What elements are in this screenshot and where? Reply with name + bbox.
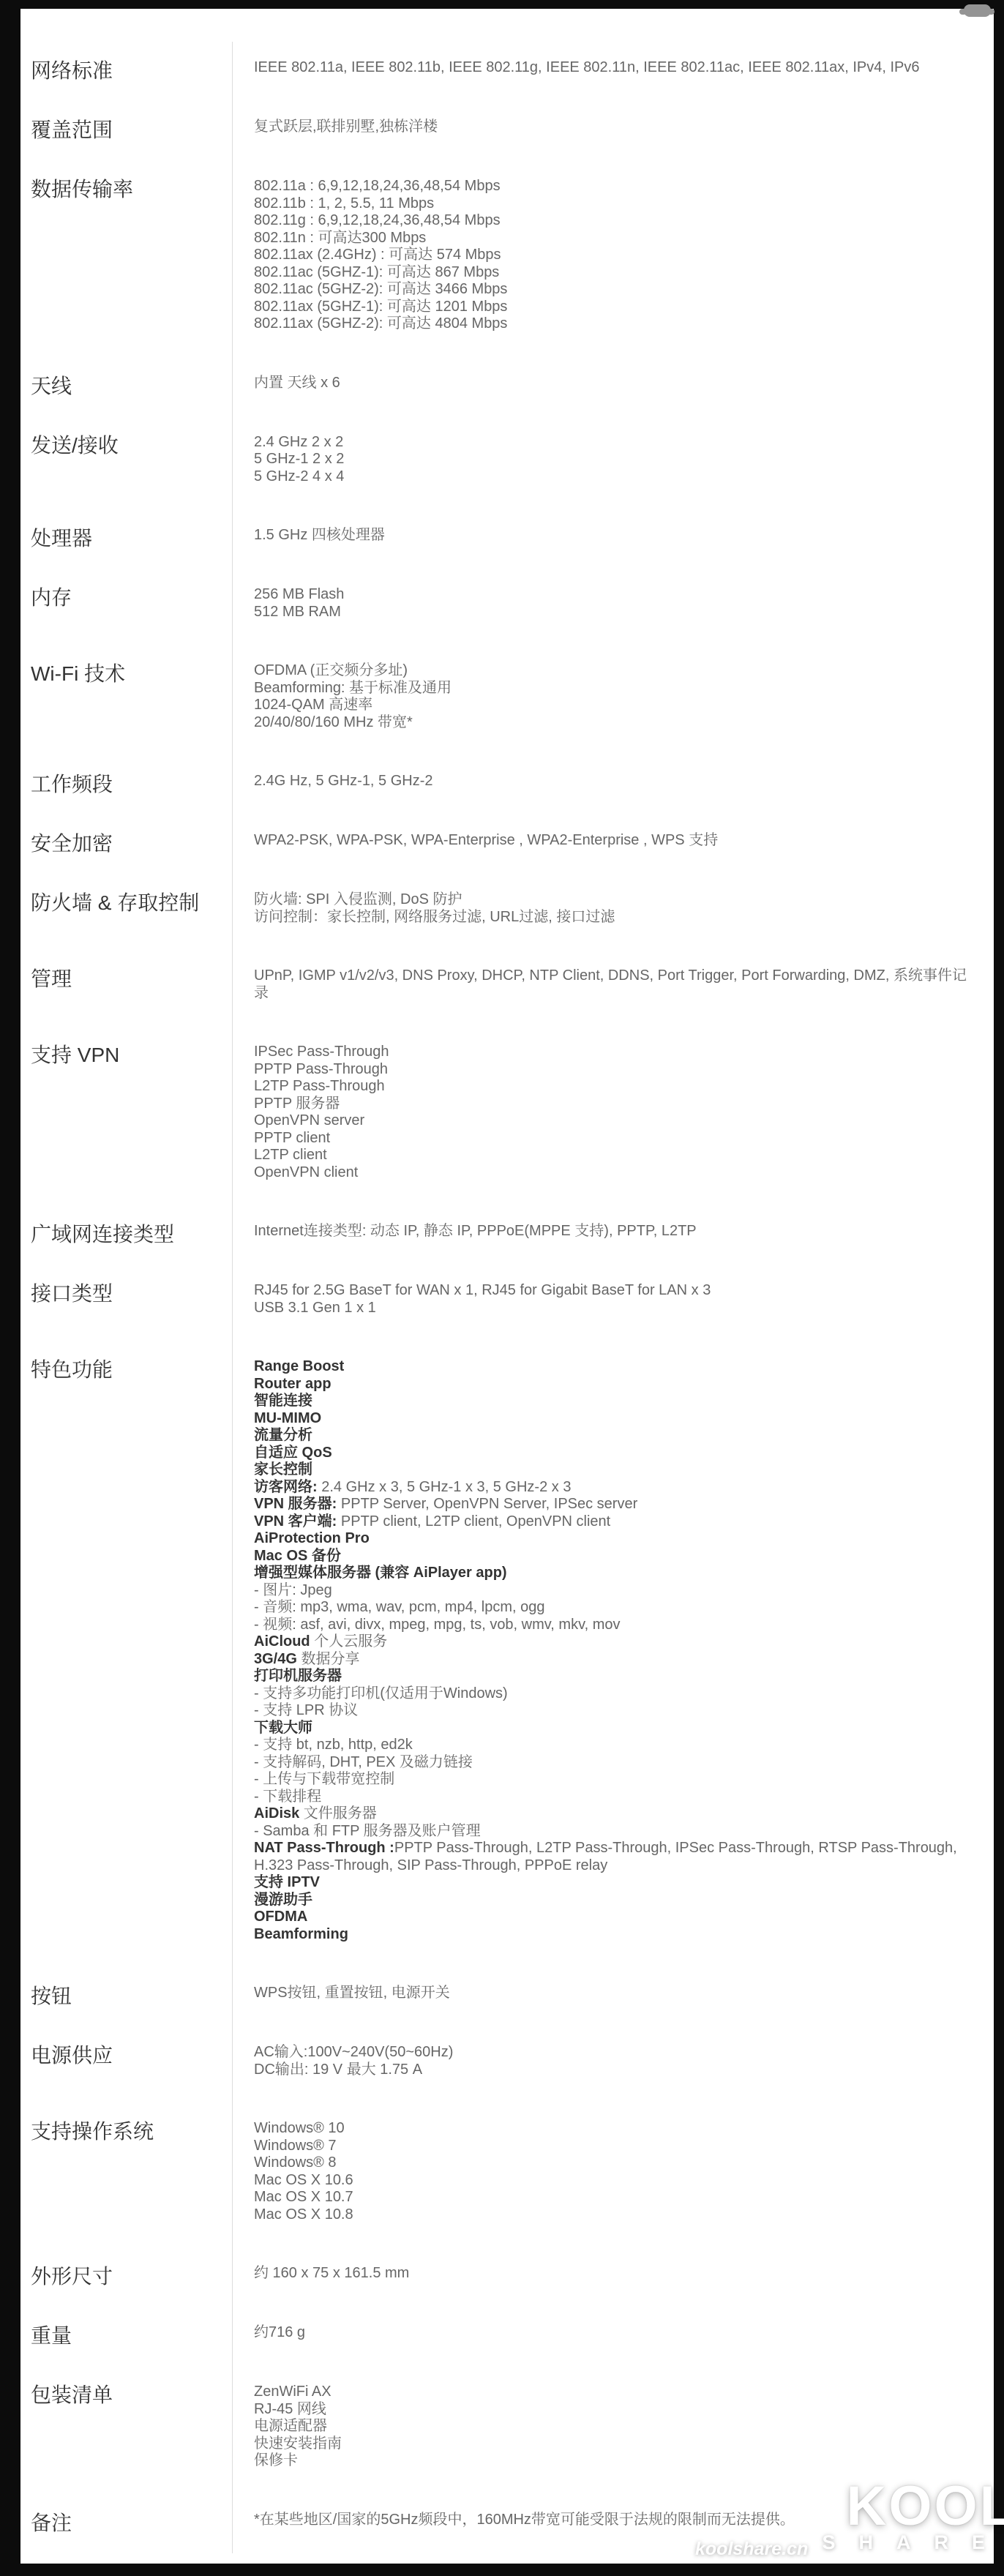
spec-label: 备注 bbox=[20, 2494, 232, 2553]
spec-label: Wi-Fi 技术 bbox=[20, 645, 232, 755]
spec-value-line: VPN 客户端: PPTP client, L2TP client, OpenV… bbox=[254, 1513, 972, 1531]
spec-value-line: 1024-QAM 高速率 bbox=[254, 697, 972, 714]
spec-value-line: 防火墙: SPI 入侵监测, DoS 防护 bbox=[254, 891, 972, 909]
spec-value: ZenWiFi AXRJ-45 网线电源适配器快速安装指南保修卡 bbox=[232, 2366, 994, 2494]
spec-label: 支持操作系统 bbox=[20, 2103, 232, 2247]
spec-value-line: 802.11ax (5GHZ-1): 可高达 1201 Mbps bbox=[254, 299, 972, 316]
spec-value-line: - 支持解码, DHT, PEX 及磁力链接 bbox=[254, 1754, 972, 1772]
spec-value: 1.5 GHz 四核处理器 bbox=[232, 509, 994, 569]
spec-value-line: AiDisk 文件服务器 bbox=[254, 1805, 972, 1823]
spec-label: 发送/接收 bbox=[20, 416, 232, 510]
spec-row: 广域网连接类型 Internet连接类型: 动态 IP, 静态 IP, PPPo… bbox=[20, 1205, 994, 1265]
spec-value: 802.11a : 6,9,12,18,24,36,48,54 Mbps802.… bbox=[232, 160, 994, 357]
spec-value-line: ZenWiFi AX bbox=[254, 2384, 972, 2401]
spec-label: 外形尺寸 bbox=[20, 2247, 232, 2307]
spec-label: 处理器 bbox=[20, 509, 232, 569]
spec-value: RJ45 for 2.5G BaseT for WAN x 1, RJ45 fo… bbox=[232, 1265, 994, 1341]
spec-row: 内存 256 MB Flash512 MB RAM bbox=[20, 569, 994, 645]
spec-value-line: PPTP 服务器 bbox=[254, 1096, 972, 1113]
spec-row: 网络标准 IEEE 802.11a, IEEE 802.11b, IEEE 80… bbox=[20, 42, 994, 101]
spec-value-line: 内置 天线 x 6 bbox=[254, 375, 972, 392]
spec-value-line: L2TP Pass-Through bbox=[254, 1078, 972, 1096]
spec-value-line: WPA2-PSK, WPA-PSK, WPA-Enterprise , WPA2… bbox=[254, 832, 972, 850]
spec-row: 按钮 WPS按钮, 重置按钮, 电源开关 bbox=[20, 1967, 994, 2026]
spec-value-line: 约716 g bbox=[254, 2324, 972, 2342]
spec-value-line: 电源适配器 bbox=[254, 2418, 972, 2435]
spec-value-line: PPTP client bbox=[254, 1130, 972, 1147]
spec-label: 网络标准 bbox=[20, 42, 232, 101]
spec-row: 发送/接收 2.4 GHz 2 x 25 GHz-1 2 x 25 GHz-2 … bbox=[20, 416, 994, 510]
spec-value-line: 1.5 GHz 四核处理器 bbox=[254, 527, 972, 544]
spec-value-line: Windows® 8 bbox=[254, 2154, 972, 2172]
spec-value-line: 5 GHz-1 2 x 2 bbox=[254, 451, 972, 468]
spec-label: 支持 VPN bbox=[20, 1026, 232, 1205]
spec-value-line: 20/40/80/160 MHz 带宽* bbox=[254, 714, 972, 732]
spec-value-line: 访问控制：家长控制, 网络服务过滤, URL过滤, 接口过滤 bbox=[254, 909, 972, 926]
spec-value-line: Range Boost bbox=[254, 1358, 972, 1376]
spec-value-line: 256 MB Flash bbox=[254, 586, 972, 604]
spec-value: 防火墙: SPI 入侵监测, DoS 防护访问控制：家长控制, 网络服务过滤, … bbox=[232, 874, 994, 950]
spec-value-line: Windows® 10 bbox=[254, 2120, 972, 2138]
spec-value-line: Mac OS X 10.6 bbox=[254, 2172, 972, 2190]
spec-row: 数据传输率 802.11a : 6,9,12,18,24,36,48,54 Mb… bbox=[20, 160, 994, 357]
spec-row: 外形尺寸 约 160 x 75 x 161.5 mm bbox=[20, 2247, 994, 2307]
spec-value-line: 802.11ac (5GHZ-1): 可高达 867 Mbps bbox=[254, 264, 972, 282]
spec-value-line: 复式跃层,联排别墅,独栋洋楼 bbox=[254, 119, 972, 136]
spec-value-line: - 下载排程 bbox=[254, 1789, 972, 1806]
spec-value-line: 流量分析 bbox=[254, 1427, 972, 1445]
spec-row: 包装清单 ZenWiFi AXRJ-45 网线电源适配器快速安装指南保修卡 bbox=[20, 2366, 994, 2494]
spec-label: 广域网连接类型 bbox=[20, 1205, 232, 1265]
spec-value-line: NAT Pass-Through :PPTP Pass-Through, L2T… bbox=[254, 1840, 972, 1874]
spec-value-line: 802.11ac (5GHZ-2): 可高达 3466 Mbps bbox=[254, 281, 972, 299]
spec-label: 电源供应 bbox=[20, 2026, 232, 2103]
spec-value-line: RJ45 for 2.5G BaseT for WAN x 1, RJ45 fo… bbox=[254, 1282, 972, 1300]
spec-row: 电源供应 AC输入:100V~240V(50~60Hz)DC输出: 19 V 最… bbox=[20, 2026, 994, 2103]
spec-value-line: 智能连接 bbox=[254, 1393, 972, 1410]
spec-value: OFDMA (正交频分多址)Beamforming: 基于标准及通用1024-Q… bbox=[232, 645, 994, 755]
spec-card: 网络标准 IEEE 802.11a, IEEE 802.11b, IEEE 80… bbox=[20, 9, 994, 2564]
spec-value: Internet连接类型: 动态 IP, 静态 IP, PPPoE(MPPE 支… bbox=[232, 1205, 994, 1265]
spec-value-line: IEEE 802.11a, IEEE 802.11b, IEEE 802.11g… bbox=[254, 59, 972, 77]
spec-value-line: Beamforming bbox=[254, 1926, 972, 1944]
spec-label: 接口类型 bbox=[20, 1265, 232, 1341]
spec-label: 覆盖范围 bbox=[20, 101, 232, 160]
spec-value-line: 保修卡 bbox=[254, 2452, 972, 2470]
spec-value-line: 802.11b : 1, 2, 5.5, 11 Mbps bbox=[254, 195, 972, 213]
spec-value-line: 802.11ax (5GHZ-2): 可高达 4804 Mbps bbox=[254, 315, 972, 333]
spec-value: IPSec Pass-ThroughPPTP Pass-ThroughL2TP … bbox=[232, 1026, 994, 1205]
spec-value: WPA2-PSK, WPA-PSK, WPA-Enterprise , WPA2… bbox=[232, 815, 994, 874]
spec-value-line: 512 MB RAM bbox=[254, 604, 972, 621]
spec-value-line: - 支持 bt, nzb, http, ed2k bbox=[254, 1737, 972, 1754]
spec-row: 天线 内置 天线 x 6 bbox=[20, 357, 994, 416]
spec-row: 特色功能 Range BoostRouter app智能连接MU-MIMO流量分… bbox=[20, 1341, 994, 1967]
spec-value-line: 增强型媒体服务器 (兼容 AiPlayer app) bbox=[254, 1565, 972, 1582]
spec-value: 约716 g bbox=[232, 2307, 994, 2366]
spec-value-line: - Samba 和 FTP 服务器及账户管理 bbox=[254, 1823, 972, 1841]
spec-value-line: MU-MIMO bbox=[254, 1410, 972, 1428]
spec-value-line: 2.4 GHz 2 x 2 bbox=[254, 434, 972, 452]
spec-value-line: Mac OS 备份 bbox=[254, 1548, 972, 1565]
cropped-cloud-icon bbox=[964, 4, 991, 17]
spec-table: 网络标准 IEEE 802.11a, IEEE 802.11b, IEEE 80… bbox=[20, 42, 994, 2553]
spec-value: 2.4 GHz 2 x 25 GHz-1 2 x 25 GHz-2 4 x 4 bbox=[232, 416, 994, 510]
spec-value: 复式跃层,联排别墅,独栋洋楼 bbox=[232, 101, 994, 160]
spec-value-line: - 音频: mp3, wma, wav, pcm, mp4, lpcm, ogg bbox=[254, 1599, 972, 1617]
spec-value: 256 MB Flash512 MB RAM bbox=[232, 569, 994, 645]
spec-value: 内置 天线 x 6 bbox=[232, 357, 994, 416]
spec-label: 工作频段 bbox=[20, 755, 232, 815]
spec-label: 按钮 bbox=[20, 1967, 232, 2026]
spec-value-line: - 支持多功能打印机(仅适用于Windows) bbox=[254, 1685, 972, 1703]
spec-value: 2.4G Hz, 5 GHz-1, 5 GHz-2 bbox=[232, 755, 994, 815]
spec-value-line: 802.11n : 可高达300 Mbps bbox=[254, 230, 972, 247]
spec-row: 覆盖范围 复式跃层,联排别墅,独栋洋楼 bbox=[20, 101, 994, 160]
spec-value: *在某些地区/国家的5GHz频段中，160MHz带宽可能受限于法规的限制而无法提… bbox=[232, 2494, 994, 2553]
spec-value: AC输入:100V~240V(50~60Hz)DC输出: 19 V 最大 1.7… bbox=[232, 2026, 994, 2103]
spec-value: 约 160 x 75 x 161.5 mm bbox=[232, 2247, 994, 2307]
spec-label: 安全加密 bbox=[20, 815, 232, 874]
spec-value: IEEE 802.11a, IEEE 802.11b, IEEE 802.11g… bbox=[232, 42, 994, 101]
spec-value: Windows® 10Windows® 7Windows® 8Mac OS X … bbox=[232, 2103, 994, 2247]
spec-value-line: 支持 IPTV bbox=[254, 1874, 972, 1892]
spec-value-line: UPnP, IGMP v1/v2/v3, DNS Proxy, DHCP, NT… bbox=[254, 967, 972, 1002]
spec-value-line: Mac OS X 10.7 bbox=[254, 2189, 972, 2206]
spec-value-line: 家长控制 bbox=[254, 1461, 972, 1479]
spec-row: 接口类型 RJ45 for 2.5G BaseT for WAN x 1, RJ… bbox=[20, 1265, 994, 1341]
spec-value-line: 802.11g : 6,9,12,18,24,36,48,54 Mbps bbox=[254, 212, 972, 230]
spec-value-line: OFDMA bbox=[254, 1909, 972, 1926]
spec-value-line: - 支持 LPR 协议 bbox=[254, 1702, 972, 1720]
spec-value-line: - 上传与下载带宽控制 bbox=[254, 1771, 972, 1789]
spec-value-line: WPS按钮, 重置按钮, 电源开关 bbox=[254, 1985, 972, 2002]
spec-value-line: RJ-45 网线 bbox=[254, 2401, 972, 2419]
spec-label: 天线 bbox=[20, 357, 232, 416]
page-background: { "colors": { "page_bg": "#0c0c0c", "car… bbox=[0, 0, 1004, 2576]
spec-value-line: 快速安装指南 bbox=[254, 2435, 972, 2453]
spec-label: 特色功能 bbox=[20, 1341, 232, 1967]
spec-row: 备注 *在某些地区/国家的5GHz频段中，160MHz带宽可能受限于法规的限制而… bbox=[20, 2494, 994, 2553]
spec-row: 支持 VPN IPSec Pass-ThroughPPTP Pass-Throu… bbox=[20, 1026, 994, 1205]
spec-label: 管理 bbox=[20, 950, 232, 1026]
spec-value-line: VPN 服务器: PPTP Server, OpenVPN Server, IP… bbox=[254, 1496, 972, 1513]
spec-value-line: 约 160 x 75 x 161.5 mm bbox=[254, 2265, 972, 2283]
spec-value-line: 5 GHz-2 4 x 4 bbox=[254, 468, 972, 486]
spec-value-line: *在某些地区/国家的5GHz频段中，160MHz带宽可能受限于法规的限制而无法提… bbox=[254, 2512, 972, 2529]
spec-value-line: - 视频: asf, avi, divx, mpeg, mpg, ts, vob… bbox=[254, 1617, 972, 1634]
spec-value-line: OpenVPN client bbox=[254, 1164, 972, 1182]
spec-row: 重量 约716 g bbox=[20, 2307, 994, 2366]
spec-label: 重量 bbox=[20, 2307, 232, 2366]
spec-value: Range BoostRouter app智能连接MU-MIMO流量分析自适应 … bbox=[232, 1341, 994, 1967]
spec-value-line: 下载大师 bbox=[254, 1720, 972, 1737]
spec-label: 数据传输率 bbox=[20, 160, 232, 357]
spec-value-line: AC输入:100V~240V(50~60Hz) bbox=[254, 2044, 972, 2062]
spec-row: 处理器 1.5 GHz 四核处理器 bbox=[20, 509, 994, 569]
spec-value-line: Router app bbox=[254, 1376, 972, 1393]
spec-row: 防火墙 & 存取控制 防火墙: SPI 入侵监测, DoS 防护访问控制：家长控… bbox=[20, 874, 994, 950]
spec-row: 管理 UPnP, IGMP v1/v2/v3, DNS Proxy, DHCP,… bbox=[20, 950, 994, 1026]
spec-value-line: - 图片: Jpeg bbox=[254, 1582, 972, 1600]
spec-value-line: PPTP Pass-Through bbox=[254, 1061, 972, 1079]
spec-value-line: Windows® 7 bbox=[254, 2138, 972, 2155]
spec-row: Wi-Fi 技术 OFDMA (正交频分多址)Beamforming: 基于标准… bbox=[20, 645, 994, 755]
spec-value-line: Beamforming: 基于标准及通用 bbox=[254, 680, 972, 697]
spec-value-line: 2.4G Hz, 5 GHz-1, 5 GHz-2 bbox=[254, 773, 972, 790]
spec-value-line: 802.11a : 6,9,12,18,24,36,48,54 Mbps bbox=[254, 178, 972, 195]
spec-value-line: Mac OS X 10.8 bbox=[254, 2206, 972, 2224]
spec-row: 安全加密 WPA2-PSK, WPA-PSK, WPA-Enterprise ,… bbox=[20, 815, 994, 874]
spec-value: WPS按钮, 重置按钮, 电源开关 bbox=[232, 1967, 994, 2026]
spec-row: 支持操作系统 Windows® 10Windows® 7Windows® 8Ma… bbox=[20, 2103, 994, 2247]
spec-value-line: L2TP client bbox=[254, 1147, 972, 1164]
spec-value-line: DC输出: 19 V 最大 1.75 A bbox=[254, 2062, 972, 2079]
spec-label: 内存 bbox=[20, 569, 232, 645]
spec-value-line: IPSec Pass-Through bbox=[254, 1044, 972, 1061]
spec-value: UPnP, IGMP v1/v2/v3, DNS Proxy, DHCP, NT… bbox=[232, 950, 994, 1026]
spec-value-line: AiProtection Pro bbox=[254, 1530, 972, 1548]
spec-value-line: OFDMA (正交频分多址) bbox=[254, 662, 972, 680]
spec-value-line: 自适应 QoS bbox=[254, 1445, 972, 1462]
spec-value-line: 3G/4G 数据分享 bbox=[254, 1651, 972, 1669]
spec-value-line: Internet连接类型: 动态 IP, 静态 IP, PPPoE(MPPE 支… bbox=[254, 1223, 972, 1240]
spec-value-line: 802.11ax (2.4GHz) : 可高达 574 Mbps bbox=[254, 247, 972, 264]
spec-label: 包装清单 bbox=[20, 2366, 232, 2494]
spec-value-line: 漫游助手 bbox=[254, 1892, 972, 1909]
spec-value-line: OpenVPN server bbox=[254, 1112, 972, 1130]
spec-label: 防火墙 & 存取控制 bbox=[20, 874, 232, 950]
spec-value-line: AiCloud 个人云服务 bbox=[254, 1633, 972, 1651]
spec-value-line: USB 3.1 Gen 1 x 1 bbox=[254, 1300, 972, 1317]
spec-value-line: 打印机服务器 bbox=[254, 1668, 972, 1685]
spec-value-line: 访客网络: 2.4 GHz x 3, 5 GHz-1 x 3, 5 GHz-2 … bbox=[254, 1479, 972, 1497]
spec-row: 工作频段 2.4G Hz, 5 GHz-1, 5 GHz-2 bbox=[20, 755, 994, 815]
